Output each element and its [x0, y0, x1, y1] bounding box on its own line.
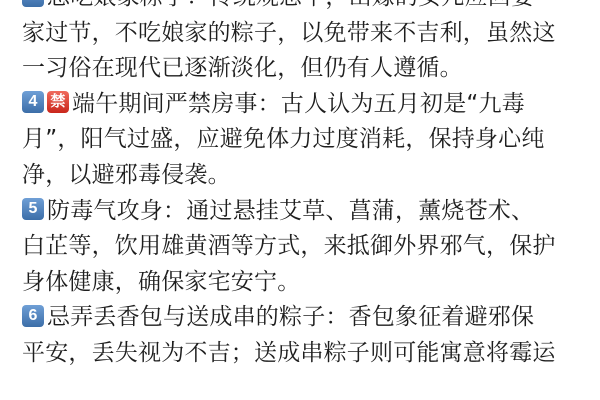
- number-5-icon: 5: [22, 198, 44, 220]
- list-item-5-line-2: 白芷等，饮用雄黄酒等方式，来抵御外界邪气，保护: [22, 229, 592, 265]
- article-body: 3忌吃娘家粽子：传统观念中，出嫁的女儿应回婆 家过节，不吃娘家的粽子，以免带来不…: [22, 0, 592, 372]
- list-item-5-line-3: 身体健康，确保家宅安宁。: [22, 265, 592, 301]
- list-item-6-line-1: 6忌弄丢香包与送成串的粽子：香包象征着避邪保: [22, 300, 592, 336]
- number-3-icon: 3: [22, 0, 44, 7]
- list-item-4-line-3: 净，以避邪毒侵袭。: [22, 158, 592, 194]
- list-item-3-line-1: 3忌吃娘家粽子：传统观念中，出嫁的女儿应回婆: [22, 0, 592, 16]
- list-item-5-line-1: 5防毒气攻身：通过悬挂艾草、菖蒲，薰烧苍术、: [22, 194, 592, 230]
- list-item-3-line-2: 家过节，不吃娘家的粽子，以免带来不吉利，虽然这: [22, 16, 592, 52]
- list-item-4-line-1: 4禁端午期间严禁房事：古人认为五月初是“九毒: [22, 87, 592, 123]
- list-item-6-line-2: 平安，丢失视为不吉；送成串粽子则可能寓意将霉运: [22, 336, 592, 372]
- list-item-4-line-2: 月”，阳气过盛，应避免体力过度消耗，保持身心纯: [22, 122, 592, 158]
- prohibited-icon: 禁: [47, 91, 69, 113]
- number-6-icon: 6: [22, 305, 44, 327]
- list-item-3-line-3: 一习俗在现代已逐渐淡化，但仍有人遵循。: [22, 51, 592, 87]
- number-4-icon: 4: [22, 91, 44, 113]
